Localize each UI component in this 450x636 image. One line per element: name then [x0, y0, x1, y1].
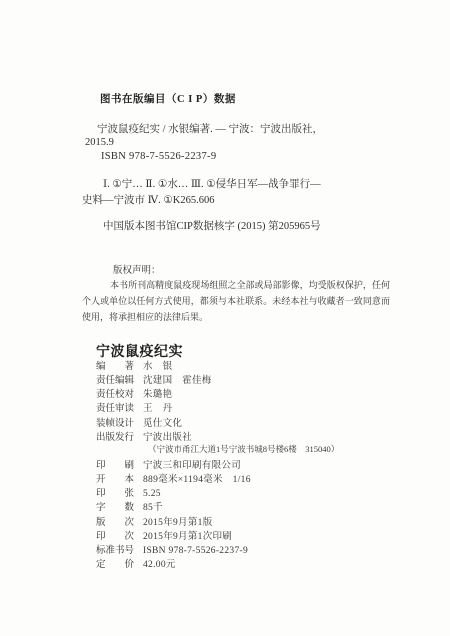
copyright-notice-body: 本书所刊高精度鼠疫现场组照之全部或局部影像，均受版权保护，任何个人或单位以任何方…: [82, 277, 390, 325]
colophon-label: 责任校对: [96, 386, 134, 400]
colophon-label: 编 著: [96, 358, 134, 372]
colophon-value: 889毫米×1194毫米 1/16: [143, 475, 251, 485]
colophon-row-printer: 印 刷宁波三和印刷有限公司: [96, 457, 339, 471]
colophon-row-publisher: 出版发行宁波出版社: [96, 429, 339, 443]
colophon-label: 印 张: [96, 485, 134, 499]
cip-entry-line1: 宁波鼠疫纪实 / 水银编著. — 宁波：宁波出版社，: [97, 121, 323, 136]
colophon-row-sheets: 印 张5.25: [96, 485, 339, 499]
colophon-label: 版 次: [96, 514, 134, 528]
colophon-value: 宁波三和印刷有限公司: [143, 461, 241, 471]
colophon-row-edition: 版 次2015年9月第1版: [96, 514, 339, 528]
book-copyright-page: 图书在版编目（C I P）数据 宁波鼠疫纪实 / 水银编著. — 宁波：宁波出版…: [0, 0, 450, 636]
colophon-value: 2015年9月第1次印刷: [143, 532, 232, 542]
colophon-label: 出版发行: [96, 429, 134, 443]
colophon-value: 2015年9月第1版: [143, 518, 213, 528]
colophon-row-printing: 印 次2015年9月第1次印刷: [96, 528, 339, 542]
cip-classification-line1: Ⅰ. ①宁… Ⅱ. ①水… Ⅲ. ①侵华日军—战争罪行—: [103, 176, 321, 191]
colophon-row-reviewer: 责任审读王 丹: [96, 400, 339, 414]
colophon-value: 觅仕文化: [143, 419, 182, 429]
colophon-row-designer: 装帧设计觅仕文化: [96, 415, 339, 429]
cip-header: 图书在版编目（C I P）数据: [100, 91, 236, 106]
colophon-label: 装帧设计: [96, 415, 134, 429]
colophon-label: 字 数: [96, 499, 134, 513]
cip-registry-number: 中国版本图书馆CIP数据核字 (2015) 第205965号: [103, 218, 321, 233]
colophon-value: 宁波出版社: [143, 433, 192, 443]
colophon-label: 标准书号: [96, 542, 134, 556]
colophon-value: 沈建国 霍佳梅: [143, 376, 212, 386]
colophon-row-wordcount: 字 数85千: [96, 499, 339, 513]
colophon-label: 责任编辑: [96, 372, 134, 386]
copyright-notice-heading: 版权声明：: [113, 262, 161, 276]
colophon-row-author: 编 著水 银: [96, 358, 339, 372]
colophon-label: 定 价: [96, 556, 134, 570]
colophon-value: ISBN 978-7-5526-2237-9: [143, 546, 248, 556]
colophon-label: 印 次: [96, 528, 134, 542]
colophon-row-format: 开 本889毫米×1194毫米 1/16: [96, 471, 339, 485]
colophon-row-editor: 责任编辑沈建国 霍佳梅: [96, 372, 339, 386]
colophon-row-price: 定 价42.00元: [96, 556, 339, 570]
colophon-label: 责任审读: [96, 400, 134, 414]
cip-classification-line2: 史料—宁波市 Ⅳ. ①K265.606: [82, 192, 215, 207]
colophon-row-isbn: 标准书号ISBN 978-7-5526-2237-9: [96, 542, 339, 556]
colophon-value: 85千: [143, 503, 163, 513]
cip-entry-line2: 2015.9: [85, 137, 114, 148]
colophon-rows: 编 著水 银 责任编辑沈建国 霍佳梅 责任校对朱璐艳 责任审读王 丹 装帧设计觅…: [96, 358, 339, 570]
colophon-value: 5.25: [143, 489, 161, 499]
cip-isbn-line: ISBN 978-7-5526-2237-9: [101, 151, 216, 162]
colophon-value: 朱璐艳: [143, 390, 172, 400]
publisher-address: （宁波市甬江大道1号宁波书城8号楼6楼 315040）: [96, 443, 339, 457]
colophon-value: 王 丹: [143, 404, 172, 414]
colophon-value: 水 银: [143, 362, 172, 372]
colophon-label: 印 刷: [96, 457, 134, 471]
colophon-label: 开 本: [96, 471, 134, 485]
colophon-row-proofreader: 责任校对朱璐艳: [96, 386, 339, 400]
colophon-value: 42.00元: [143, 560, 176, 570]
